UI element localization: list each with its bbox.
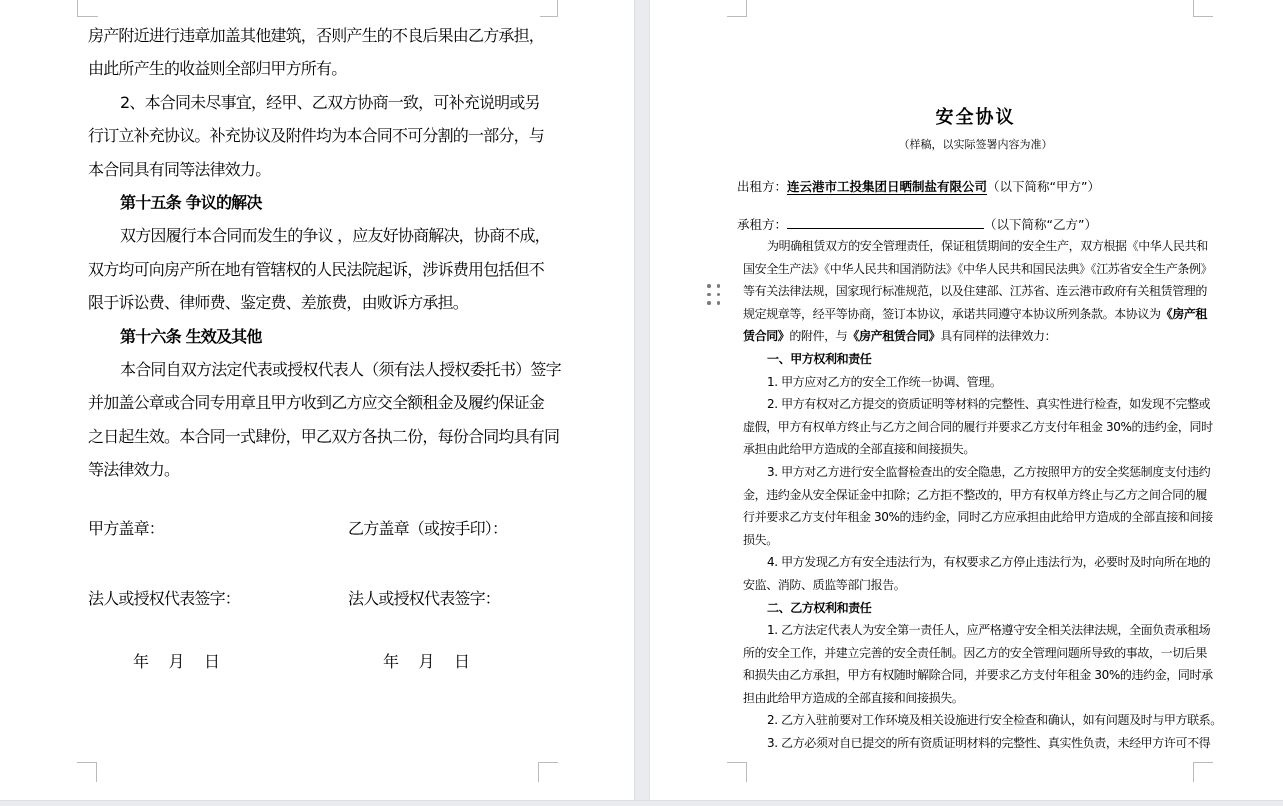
- agreement-line: 行并要求乙方支付年租金 30%的违约金，同时乙方应承担由此给甲方造成的全部直接和…: [743, 506, 1208, 529]
- crop-mark: [1193, 0, 1194, 17]
- anchor-dot: [707, 284, 711, 288]
- text-run: 《房产租: [1161, 307, 1207, 321]
- crop-mark: [557, 0, 558, 17]
- agreement-line: 所的安全工作，并建立完善的安全责任制。因乙方的安全管理问题所导致的事故，一切后果: [743, 642, 1208, 665]
- lessor-row: 出租方：连云港市工投集团日晒制盐有限公司（以下简称“甲方”）: [737, 177, 1237, 197]
- lessor-name: 连云港市工投集团日晒制盐有限公司: [787, 179, 987, 194]
- lessee-row: 承租方：（以下简称“乙方”）: [737, 215, 1237, 235]
- crop-mark: [540, 16, 558, 17]
- anchor-dot: [707, 293, 711, 297]
- anchor-dot: [717, 301, 721, 305]
- contract-line: 限于诉讼费、律师费、鉴定费、差旅费，由败诉方承担。: [88, 286, 546, 319]
- agreement-line: 和损失由乙方承担，甲方有权随时解除合同，并要求乙方支付年租金 30%的违约金，同…: [743, 664, 1208, 687]
- lessee-suffix: （以下简称“乙方”）: [984, 217, 1097, 232]
- crop-mark: [746, 762, 747, 782]
- agreement-line: 为明确租赁双方的安全管理责任，保证租赁期间的安全生产，双方根据《中华人民共和: [743, 235, 1208, 258]
- document-page-2[interactable]: 安全协议 （样稿，以实际签署内容为准） 出租方：连云港市工投集团日晒制盐有限公司…: [650, 0, 1283, 800]
- contract-line: 并加盖公章或合同专用章且甲方收到乙方应交全额租金及履约保证金: [88, 386, 546, 419]
- agreement-line: 金，违约金从安全保证金中扣除；乙方拒不整改的，甲方有权单方终止与乙方之间合同的履: [743, 484, 1208, 507]
- text-run: 规定规章等，经平等协商，签订本协议，承诺共同遵守本协议所列条款。本协议为: [743, 307, 1161, 321]
- contract-line: 房产附近进行违章加盖其他建筑，否则产生的不良后果由乙方承担，: [88, 19, 546, 52]
- text-run: 《房产租赁合同》: [847, 329, 940, 343]
- contract-line: 行订立补充协议。补充协议及附件均为本合同不可分割的一部分，与: [88, 119, 546, 152]
- document-page-1[interactable]: 房产附近进行违章加盖其他建筑，否则产生的不良后果由乙方承担，由此所产生的收益则全…: [0, 0, 634, 800]
- crop-mark: [1193, 16, 1213, 17]
- agreement-line: 虚假，甲方有权单方终止与乙方之间合同的履行并要求乙方支付年租金 30%的违约金，…: [743, 416, 1208, 439]
- page-gap: [634, 0, 650, 800]
- agreement-line: 1. 甲方应对乙方的安全工作统一协调、管理。: [743, 371, 1208, 394]
- agreement-line: 4. 甲方发现乙方有安全违法行为，有权要求乙方停止违法行为，必要时及时向所在地的: [743, 551, 1208, 574]
- crop-mark: [77, 762, 97, 763]
- crop-mark: [538, 762, 539, 782]
- contract-line: 之日起生效。本合同一式肆份，甲乙双方各执二份，每份合同均具有同: [88, 420, 546, 453]
- party-a-seal-label: 甲方盖章：: [88, 516, 164, 539]
- agreement-line: 一、甲方权利和责任: [743, 348, 1208, 371]
- agreement-line: 承担由此给甲方造成的全部直接和间接损失。: [743, 438, 1208, 461]
- crop-mark: [1193, 762, 1194, 782]
- contract-line: 双方因履行本合同而发生的争议 ，应友好协商解决，协商不成，: [88, 219, 546, 252]
- agreement-line: 规定规章等，经平等协商，签订本协议，承诺共同遵守本协议所列条款。本协议为《房产租: [743, 303, 1208, 326]
- agreement-line: 损失。: [743, 529, 1208, 552]
- contract-line: 等法律效力。: [88, 453, 546, 486]
- anchor-dot: [717, 284, 721, 288]
- text-run: 赁合同》: [743, 329, 789, 343]
- agreement-line: 二、乙方权利和责任: [743, 597, 1208, 620]
- contract-line: 第十五条 争议的解决: [88, 186, 546, 219]
- page1-body: 房产附近进行违章加盖其他建筑，否则产生的不良后果由乙方承担，由此所产生的收益则全…: [88, 19, 546, 486]
- crop-mark: [96, 762, 97, 782]
- crop-mark: [746, 0, 747, 17]
- lessor-suffix: （以下简称“甲方”）: [987, 179, 1100, 194]
- contract-line: 双方均可向房产所在地有管辖权的人民法院起诉，涉诉费用包括但不: [88, 253, 546, 286]
- agreement-line: 等有关法律法规，国家现行标准规范，以及住建部、江苏省、连云港市政府有关租赁管理的: [743, 280, 1208, 303]
- contract-line: 本合同具有同等法律效力。: [88, 153, 546, 186]
- agreement-line: 3. 乙方必须对自已提交的所有资质证明材料的完整性、真实性负责，未经甲方许可不得: [743, 732, 1208, 755]
- party-b-seal-label: 乙方盖章（或按手印）：: [348, 516, 507, 539]
- crop-mark: [538, 762, 558, 763]
- agreement-line: 2. 乙方入驻前要对工作环境及相关设施进行安全检查和确认，如有问题及时与甲方联系…: [743, 709, 1208, 732]
- page2-body: 为明确租赁双方的安全管理责任，保证租赁期间的安全生产，双方根据《中华人民共和国安…: [743, 235, 1208, 755]
- crop-mark: [77, 0, 78, 17]
- pan-anchor-icon: [707, 284, 720, 305]
- contract-line: 2、本合同未尽事宜，经甲、乙双方协商一致，可补充说明或另: [88, 86, 546, 119]
- document-canvas: { "colors": { "page": "#ffffff", "canvas…: [0, 0, 1283, 806]
- lessor-label: 出租方：: [737, 179, 787, 194]
- agreement-line: 3. 甲方对乙方进行安全监督检查出的安全隐患，乙方按照甲方的安全奖惩制度支付违约: [743, 461, 1208, 484]
- agreement-line: 赁合同》的附件，与《房产租赁合同》具有同样的法律效力：: [743, 325, 1208, 348]
- date-line-left: 年 月 日: [133, 649, 219, 672]
- agreement-line: 国安全生产法》《中华人民共和国消防法》《中华人民共和国民法典》《江苏省安全生产条…: [743, 258, 1208, 281]
- contract-line: 本合同自双方法定代表或授权代表人（须有法人授权委托书）签字: [88, 353, 546, 386]
- contract-line: 由此所产生的收益则全部归甲方所有。: [88, 52, 546, 85]
- agreement-title: 安全协议: [743, 105, 1208, 131]
- agreement-line: 安监、消防、质监等部门报告。: [743, 574, 1208, 597]
- crop-mark: [77, 16, 98, 17]
- crop-mark: [1193, 762, 1213, 763]
- text-run: 的附件，与: [789, 329, 847, 343]
- agreement-line: 1. 乙方法定代表人为安全第一责任人，应严格遵守安全相关法律法规，全面负责承租场: [743, 619, 1208, 642]
- lessee-name-blank-line: [787, 216, 984, 229]
- crop-mark: [727, 16, 747, 17]
- lessee-label: 承租方：: [737, 217, 787, 232]
- party-a-sign-label: 法人或授权代表签字：: [88, 586, 240, 609]
- agreement-line: 2. 甲方有权对乙方提交的资质证明等材料的完整性、真实性进行检查，如发现不完整或: [743, 393, 1208, 416]
- canvas-bottom-strip: [0, 800, 1283, 806]
- crop-mark: [727, 762, 747, 763]
- date-line-right: 年 月 日: [383, 649, 469, 672]
- anchor-dot: [707, 301, 711, 305]
- agreement-subtitle: （样稿，以实际签署内容为准）: [743, 136, 1208, 154]
- contract-line: 第十六条 生效及其他: [88, 320, 546, 353]
- party-b-sign-label: 法人或授权代表签字：: [348, 586, 500, 609]
- text-run: 具有同样的法律效力：: [940, 329, 1056, 343]
- agreement-line: 担由此给甲方造成的全部直接和间接损失。: [743, 687, 1208, 710]
- anchor-dot: [717, 293, 721, 297]
